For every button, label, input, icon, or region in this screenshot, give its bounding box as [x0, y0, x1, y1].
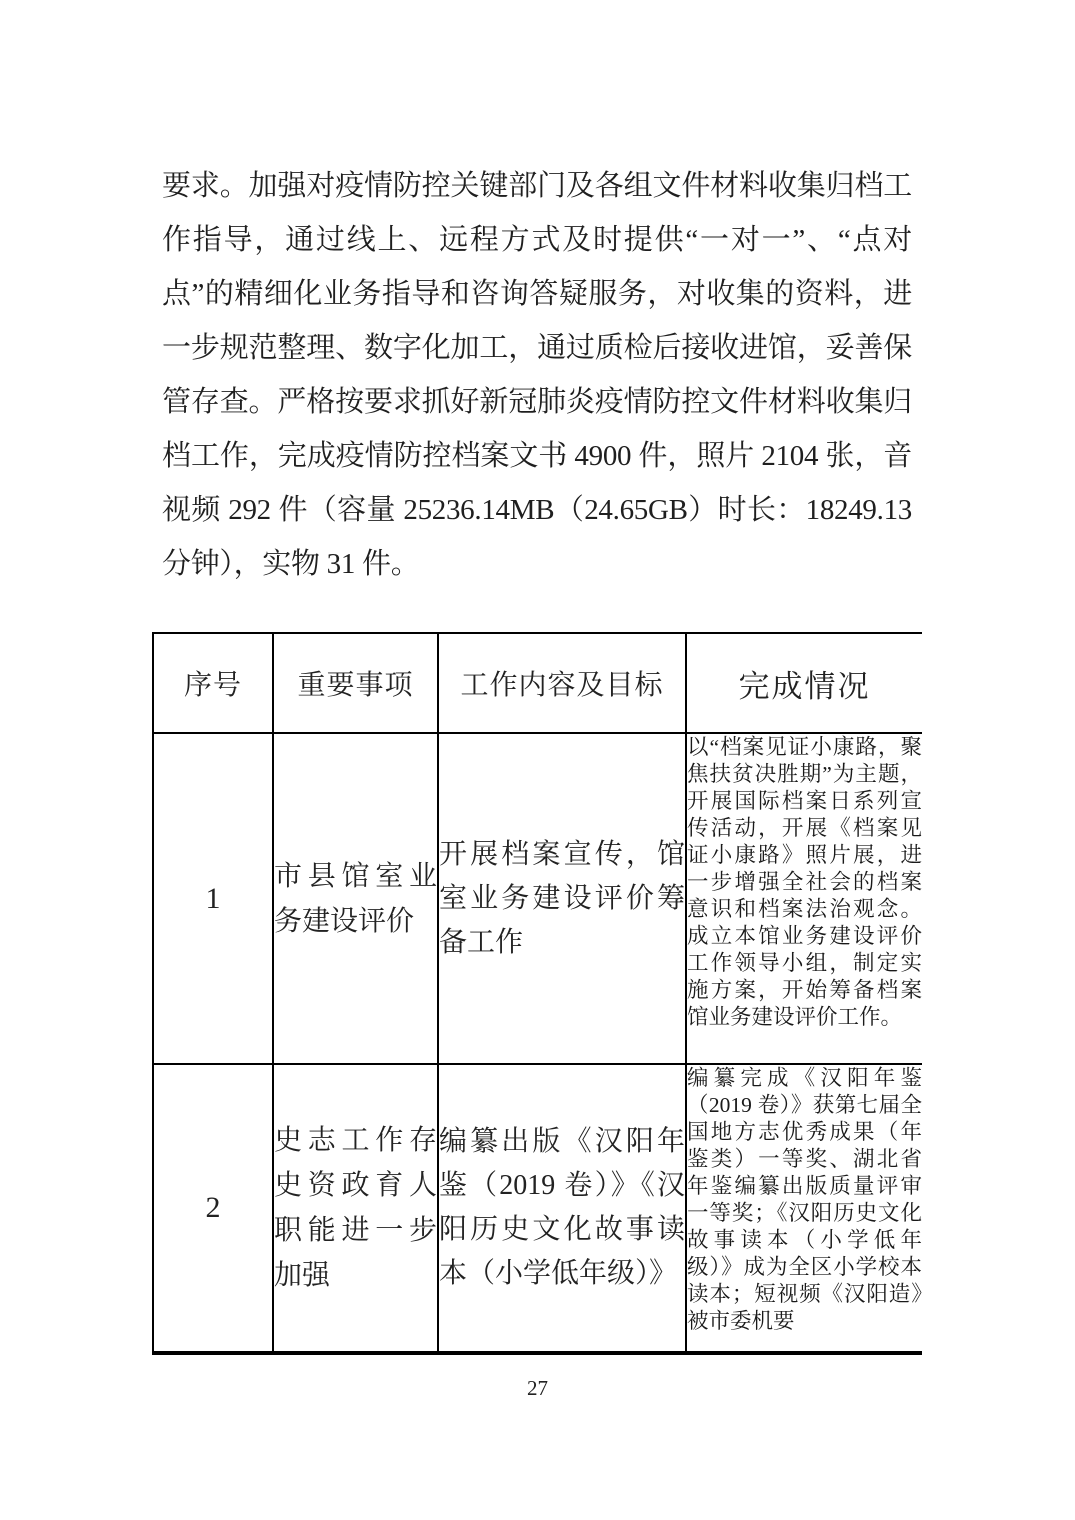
- body-paragraph: 要求。加强对疫情防控关键部门及各组文件材料收集归档工作指导，通过线上、远程方式及…: [162, 159, 912, 591]
- table-header-row: 序号 重要事项 工作内容及目标 完成情况: [153, 633, 922, 733]
- cell-completion: 编纂完成《汉阳年鉴（2019 卷）》获第七届全国地方志优秀成果（年鉴类）一等奖、…: [686, 1064, 922, 1352]
- cell-completion: 以“档案见证小康路，聚焦扶贫决胜期”为主题，开展国际档案日系列宣传活动，开展《档…: [686, 733, 922, 1064]
- cell-content: 开展档案宣传，馆室业务建设评价筹备工作: [438, 733, 686, 1064]
- table-row: 2 史志工作存史资政育人职能进一步加强 编纂出版《汉阳年鉴（2019 卷）》《汉…: [153, 1064, 922, 1352]
- col-header-content: 工作内容及目标: [438, 633, 686, 733]
- document-page: 要求。加强对疫情防控关键部门及各组文件材料收集归档工作指导，通过线上、远程方式及…: [0, 0, 1075, 1520]
- col-header-index: 序号: [153, 633, 273, 733]
- work-items-table: 序号 重要事项 工作内容及目标 完成情况 1 市县馆室业务建设评价 开展档案宣传…: [152, 632, 922, 1353]
- cell-index: 1: [153, 733, 273, 1064]
- cell-item: 史志工作存史资政育人职能进一步加强: [273, 1064, 438, 1352]
- cell-item: 市县馆室业务建设评价: [273, 733, 438, 1064]
- table-row: 1 市县馆室业务建设评价 开展档案宣传，馆室业务建设评价筹备工作 以“档案见证小…: [153, 733, 922, 1064]
- cell-index: 2: [153, 1064, 273, 1352]
- col-header-item: 重要事项: [273, 633, 438, 733]
- col-header-completion: 完成情况: [686, 633, 922, 733]
- cell-content: 编纂出版《汉阳年鉴（2019 卷）》《汉阳历史文化故事读本（小学低年级）》: [438, 1064, 686, 1352]
- page-number: 27: [0, 1376, 1075, 1401]
- table-container: 序号 重要事项 工作内容及目标 完成情况 1 市县馆室业务建设评价 开展档案宣传…: [152, 632, 922, 1355]
